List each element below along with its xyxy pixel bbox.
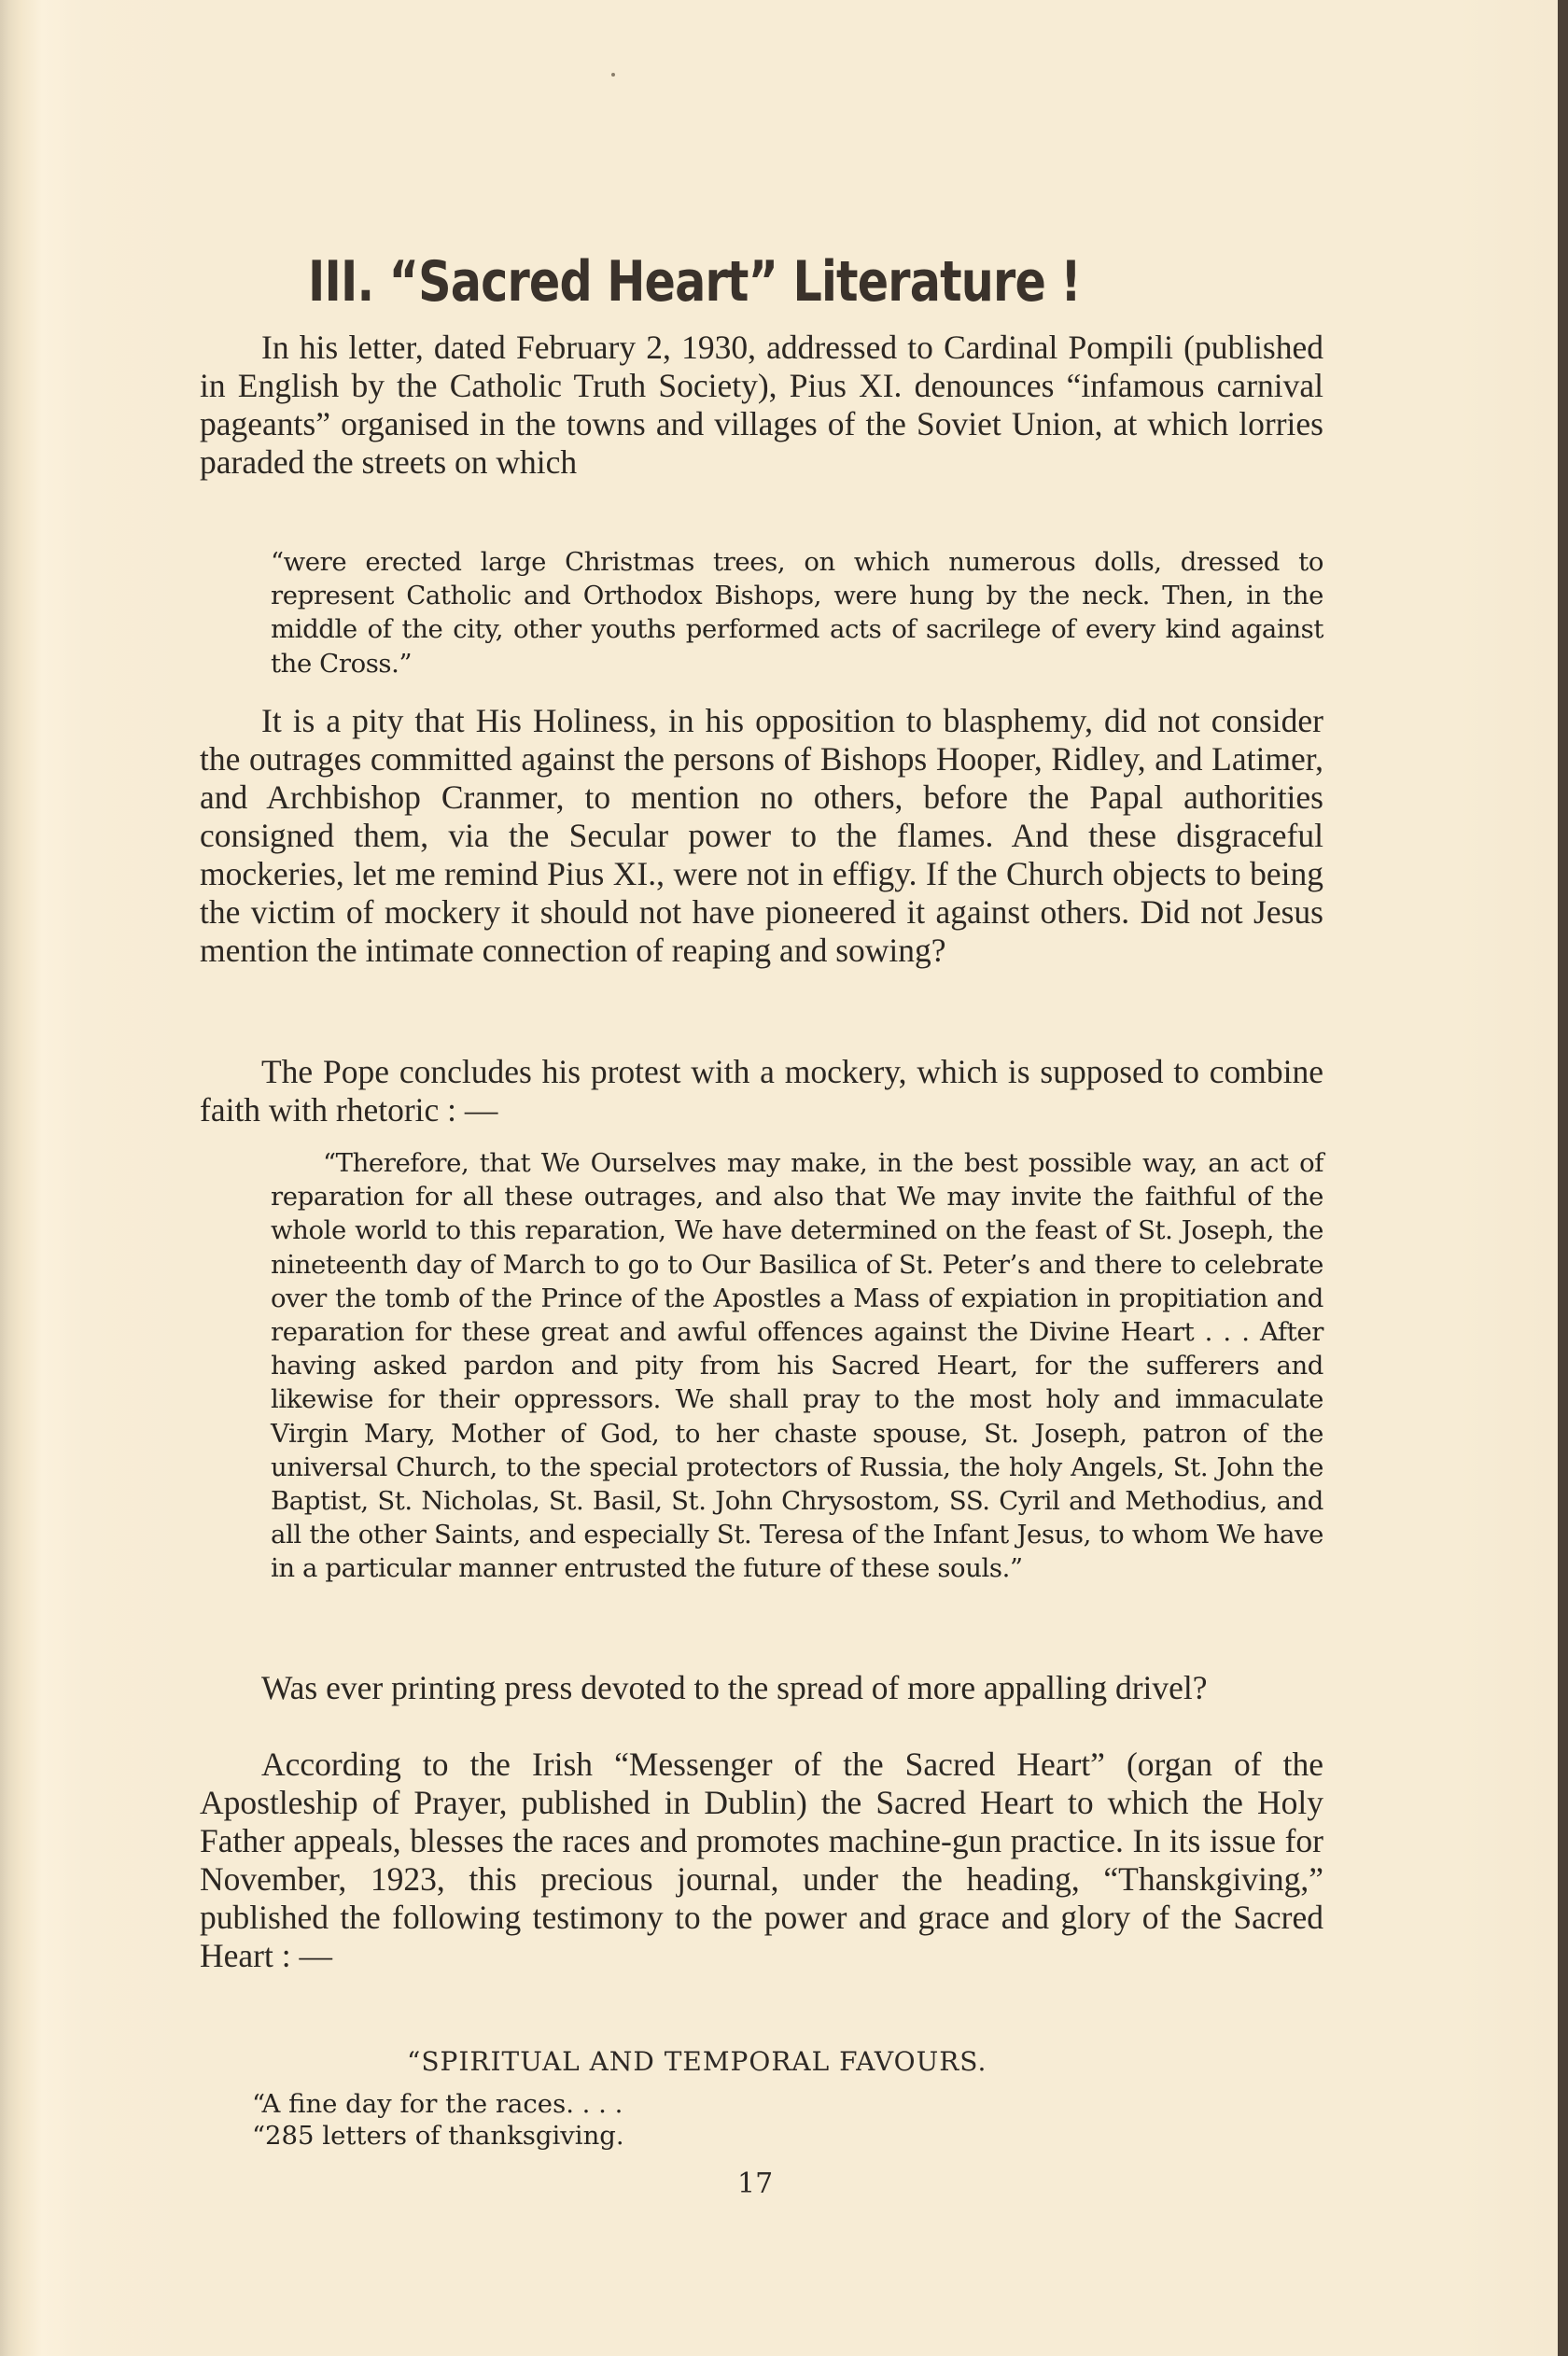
paragraph-letter-intro: In his letter, dated February 2, 1930, a… xyxy=(200,329,1323,482)
paper-speck xyxy=(611,73,615,77)
paragraph-printing-press: Was ever printing press devoted to the s… xyxy=(200,1669,1323,1707)
excerpt-line-races: “A fine day for the races. . . . xyxy=(252,2089,623,2119)
excerpt-heading: “SPIRITUAL AND TEMPORAL FAVOURS. xyxy=(407,2046,987,2077)
blockquote-christmas-trees: “were erected large Christmas trees, on … xyxy=(271,545,1323,680)
paragraph-pity-his-holiness: It is a pity that His Holiness, in his o… xyxy=(200,702,1323,970)
book-page: III. “Sacred Heart” Literature ! In his … xyxy=(0,0,1568,2356)
page-right-edge xyxy=(1558,0,1568,2356)
chapter-title: III. “Sacred Heart” Literature ! xyxy=(308,245,1073,319)
excerpt-line-letters: “285 letters of thanksgiving. xyxy=(252,2121,624,2151)
page-number: 17 xyxy=(737,2167,773,2200)
blockquote-reparation: “Therefore, that We Ourselves may make, … xyxy=(271,1146,1323,1586)
paragraph-messenger-sacred-heart: According to the Irish “Messenger of the… xyxy=(200,1746,1323,1975)
paragraph-pope-concludes: The Pope concludes his protest with a mo… xyxy=(200,1053,1323,1129)
